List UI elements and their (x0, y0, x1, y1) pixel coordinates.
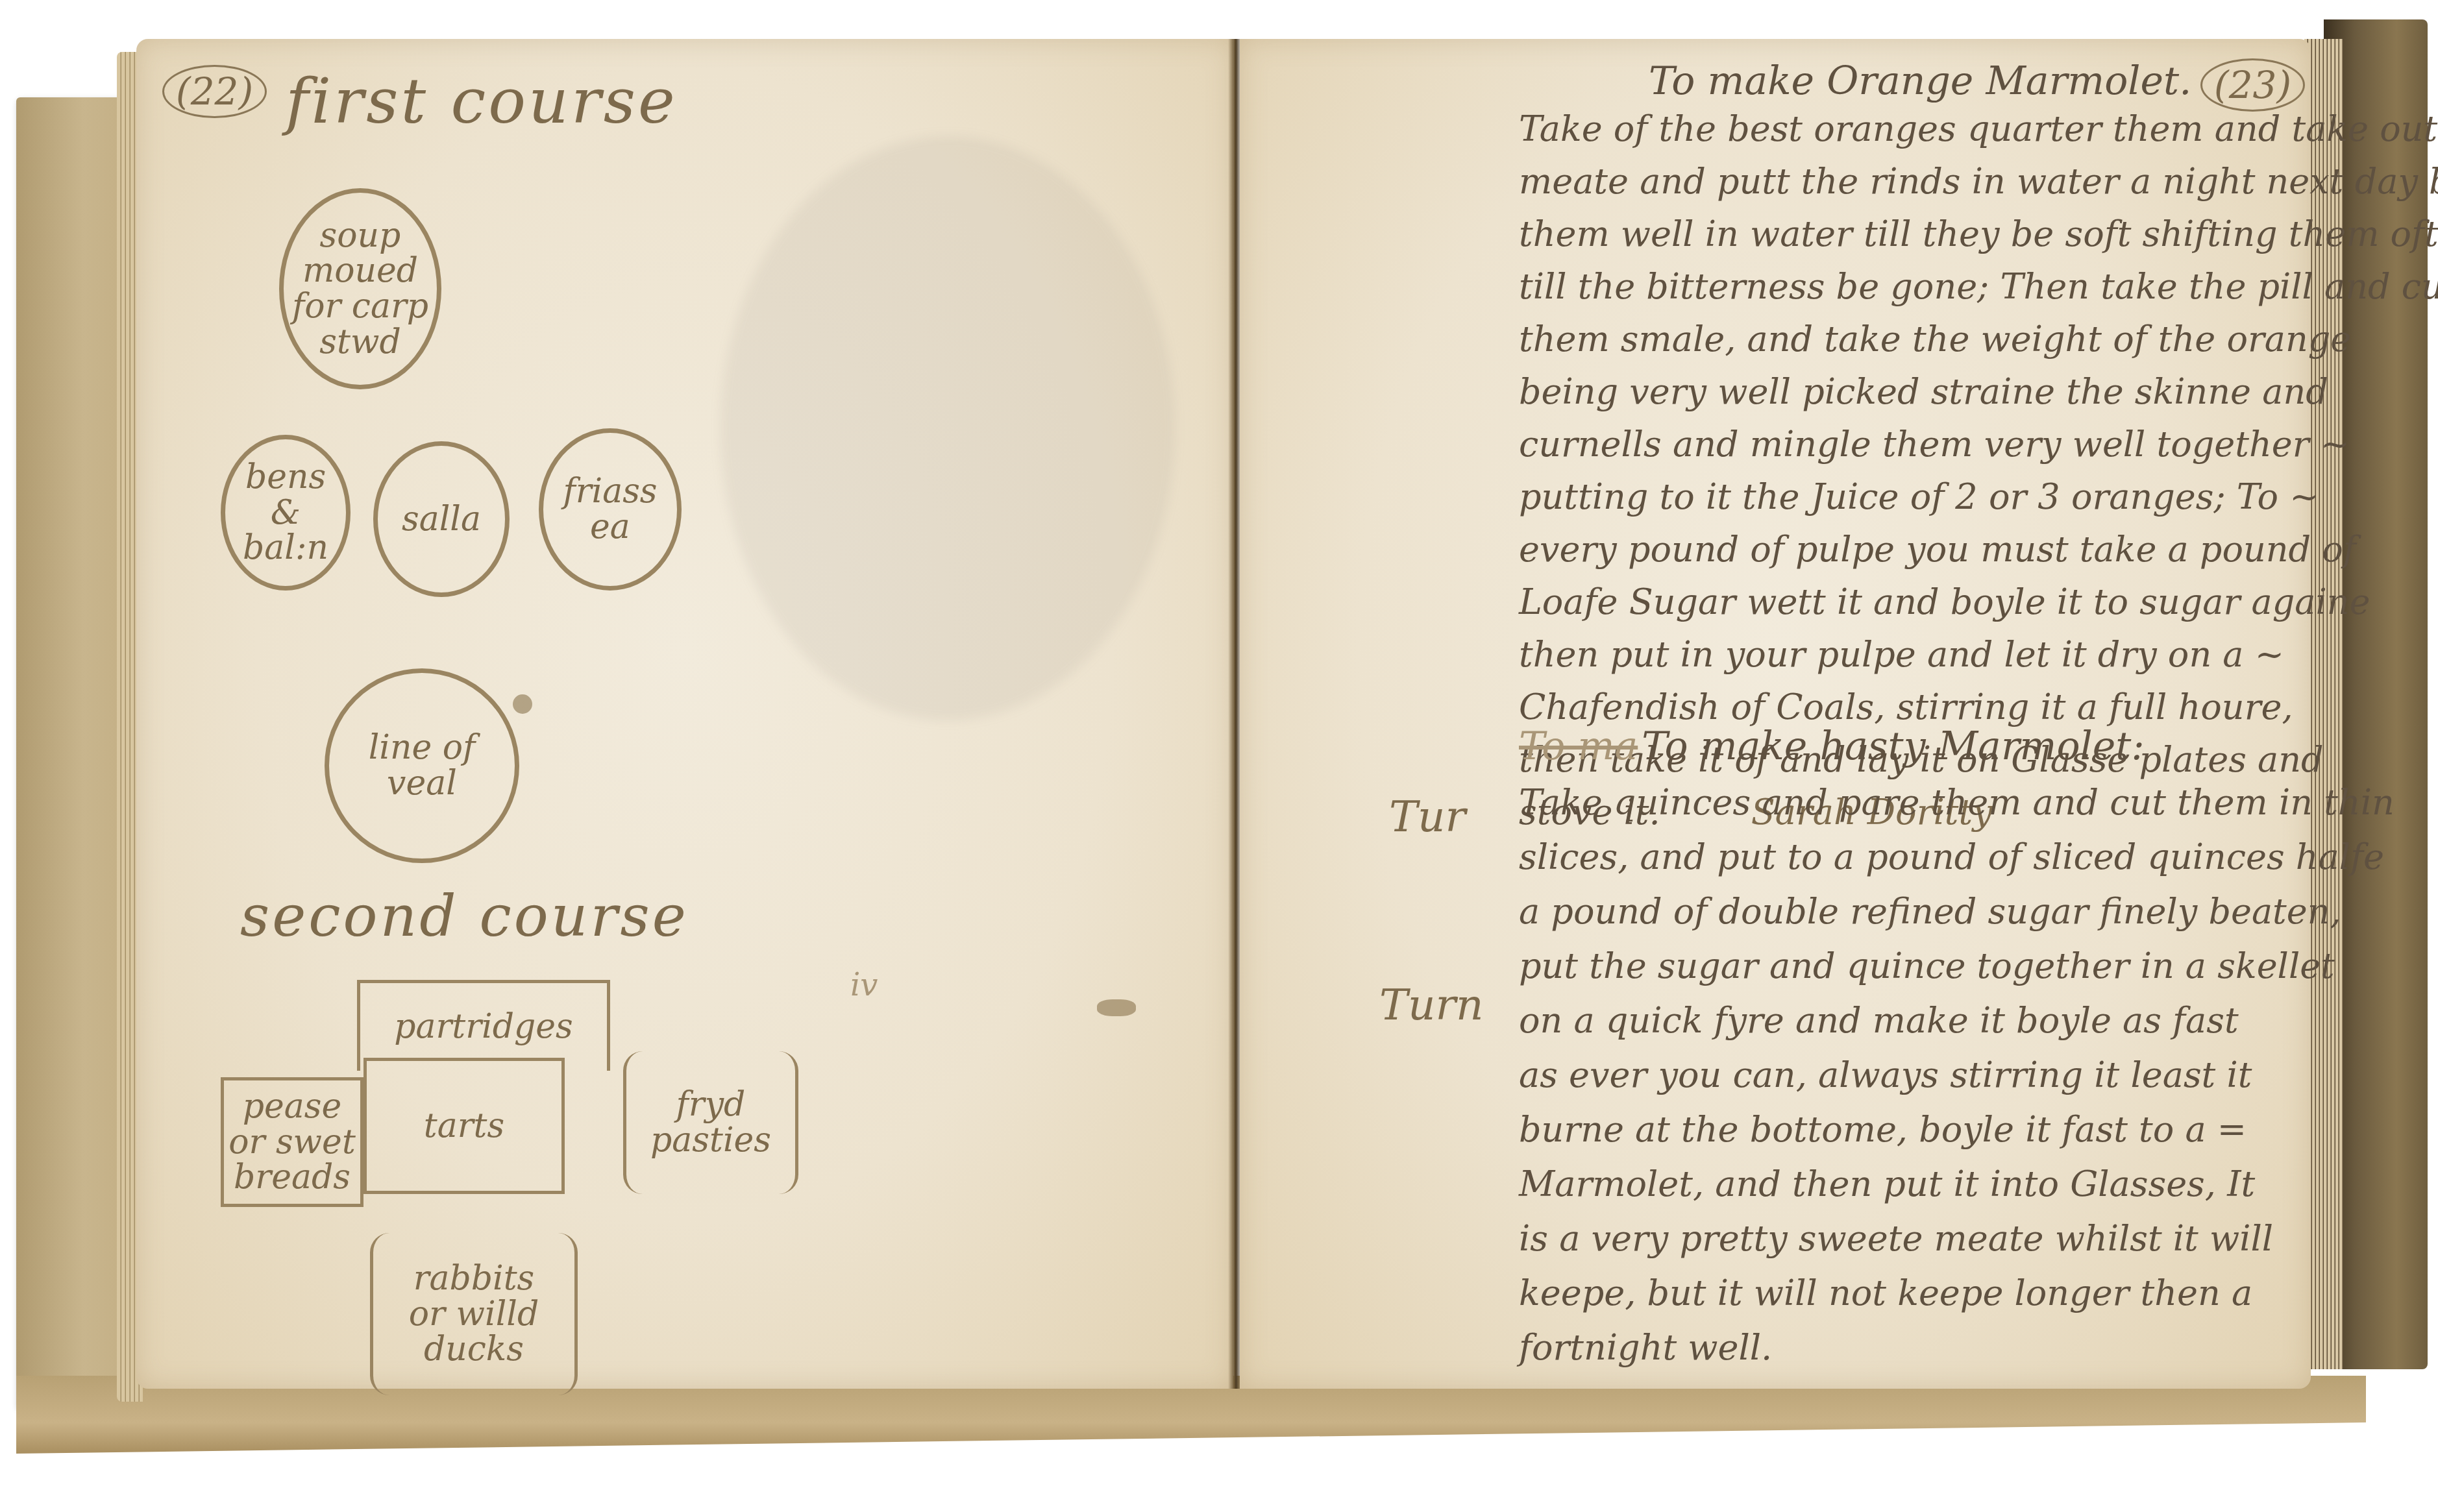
recipe-line: Loafe Sugar wett it and boyle it to suga… (1519, 585, 2438, 637)
recipe-line: meate and putt the rinds in water a nigh… (1519, 164, 2438, 217)
page-number-right: (23) (2200, 58, 2305, 112)
recipe-line: as ever you can, always stirring it leas… (1519, 1058, 2395, 1112)
recipe-line: on a quick fyre and make it boyle as fas… (1519, 1003, 2395, 1058)
recipe-line: being very well picked straine the skinn… (1519, 374, 2438, 427)
recipe-line: Marmolet, and then put it into Glasses, … (1519, 1167, 2395, 1221)
stray-mark: iv (850, 967, 878, 1003)
recipe-line: is a very pretty sweete meate whilst it … (1519, 1221, 2395, 1276)
dish-box-tarts: tarts (363, 1058, 565, 1194)
dish-box-pease-or-swetbreads: pease or swet breads (221, 1077, 363, 1207)
dish-box-partridges: partridges (357, 980, 610, 1071)
dish-circle-friassea: friass ea (539, 428, 682, 591)
ink-blot (513, 694, 532, 714)
dish-label: bens & bal:n (225, 459, 346, 566)
recipe-line: then put in your pulpe and let it dry on… (1519, 637, 2438, 690)
page-number-left: (22) (162, 65, 267, 118)
recipe-body-hasty-marmolet: Take quinces and pare them and cut them … (1519, 785, 2395, 1385)
ink-blot (1097, 999, 1136, 1016)
right-page: (23) To make Orange Marmolet. Take of th… (1240, 39, 2311, 1389)
dish-label: fryd pasties (650, 1087, 771, 1158)
recipe-title-hasty-marmolet-row: To ma To make hasty Marmolet: (1519, 724, 2145, 769)
recipe-line: them well in water till they be soft shi… (1519, 217, 2438, 269)
dish-label: rabbits or willd ducks (409, 1261, 539, 1367)
recipe-line: them smale, and take the weight of the o… (1519, 322, 2438, 374)
recipe-line: keepe, but it will not keepe longer then… (1519, 1276, 2395, 1330)
recipe-line: every pound of pulpe you must take a pou… (1519, 532, 2438, 585)
dish-label: friass ea (563, 474, 657, 544)
dish-label: pease or swet breads (228, 1089, 356, 1195)
first-course-heading: first course (286, 65, 678, 138)
dish-label: partridges (394, 1009, 573, 1045)
left-page: (22) first course soup moued for carp st… (136, 39, 1233, 1389)
recipe-line: a pound of double refined sugar finely b… (1519, 894, 2395, 949)
struck-title: To ma (1519, 724, 1638, 769)
dish-label: line of veal (369, 730, 476, 801)
dish-label: tarts (424, 1108, 504, 1144)
dish-circle-line-of-veal: line of veal (325, 668, 519, 863)
recipe-line: burne at the bottome, boyle it fast to a… (1519, 1112, 2395, 1167)
margin-note-turn: Turn (1379, 980, 1484, 1030)
recipe-line: fortnight well. (1519, 1330, 2395, 1385)
recipe-line: putting to it the Juice of 2 or 3 orange… (1519, 480, 2438, 532)
dish-circle-soup: soup moued for carp stwd (279, 188, 441, 389)
recipe-title-orange-marmolet: To make Orange Marmolet. (1649, 58, 2191, 104)
recipe-line: till the bitterness be gone; Then take t… (1519, 269, 2438, 322)
recipe-line: slices, and put to a pound of sliced qui… (1519, 840, 2395, 894)
recipe-line: curnells and mingle them very well toget… (1519, 427, 2438, 480)
dish-circle-salla: salla (373, 441, 510, 597)
dish-bracket-fryd-pasties: fryd pasties (623, 1051, 798, 1194)
dish-label: salla (402, 502, 481, 537)
ink-bleed-through (720, 136, 1175, 720)
margin-note-tur: Tur (1389, 792, 1466, 842)
recipe-title-hasty-marmolet: To make hasty Marmolet: (1642, 724, 2144, 769)
dish-label: soup moued for carp stwd (292, 218, 428, 360)
dish-circle-bens: bens & bal:n (221, 435, 351, 591)
second-course-heading: second course (240, 883, 689, 949)
dish-bracket-rabbits-or-willd-ducks: rabbits or willd ducks (370, 1233, 578, 1395)
recipe-line: Take quinces and pare them and cut them … (1519, 785, 2395, 840)
recipe-line: Take of the best oranges quarter them an… (1519, 112, 2438, 164)
recipe-line: put the sugar and quince together in a s… (1519, 949, 2395, 1003)
